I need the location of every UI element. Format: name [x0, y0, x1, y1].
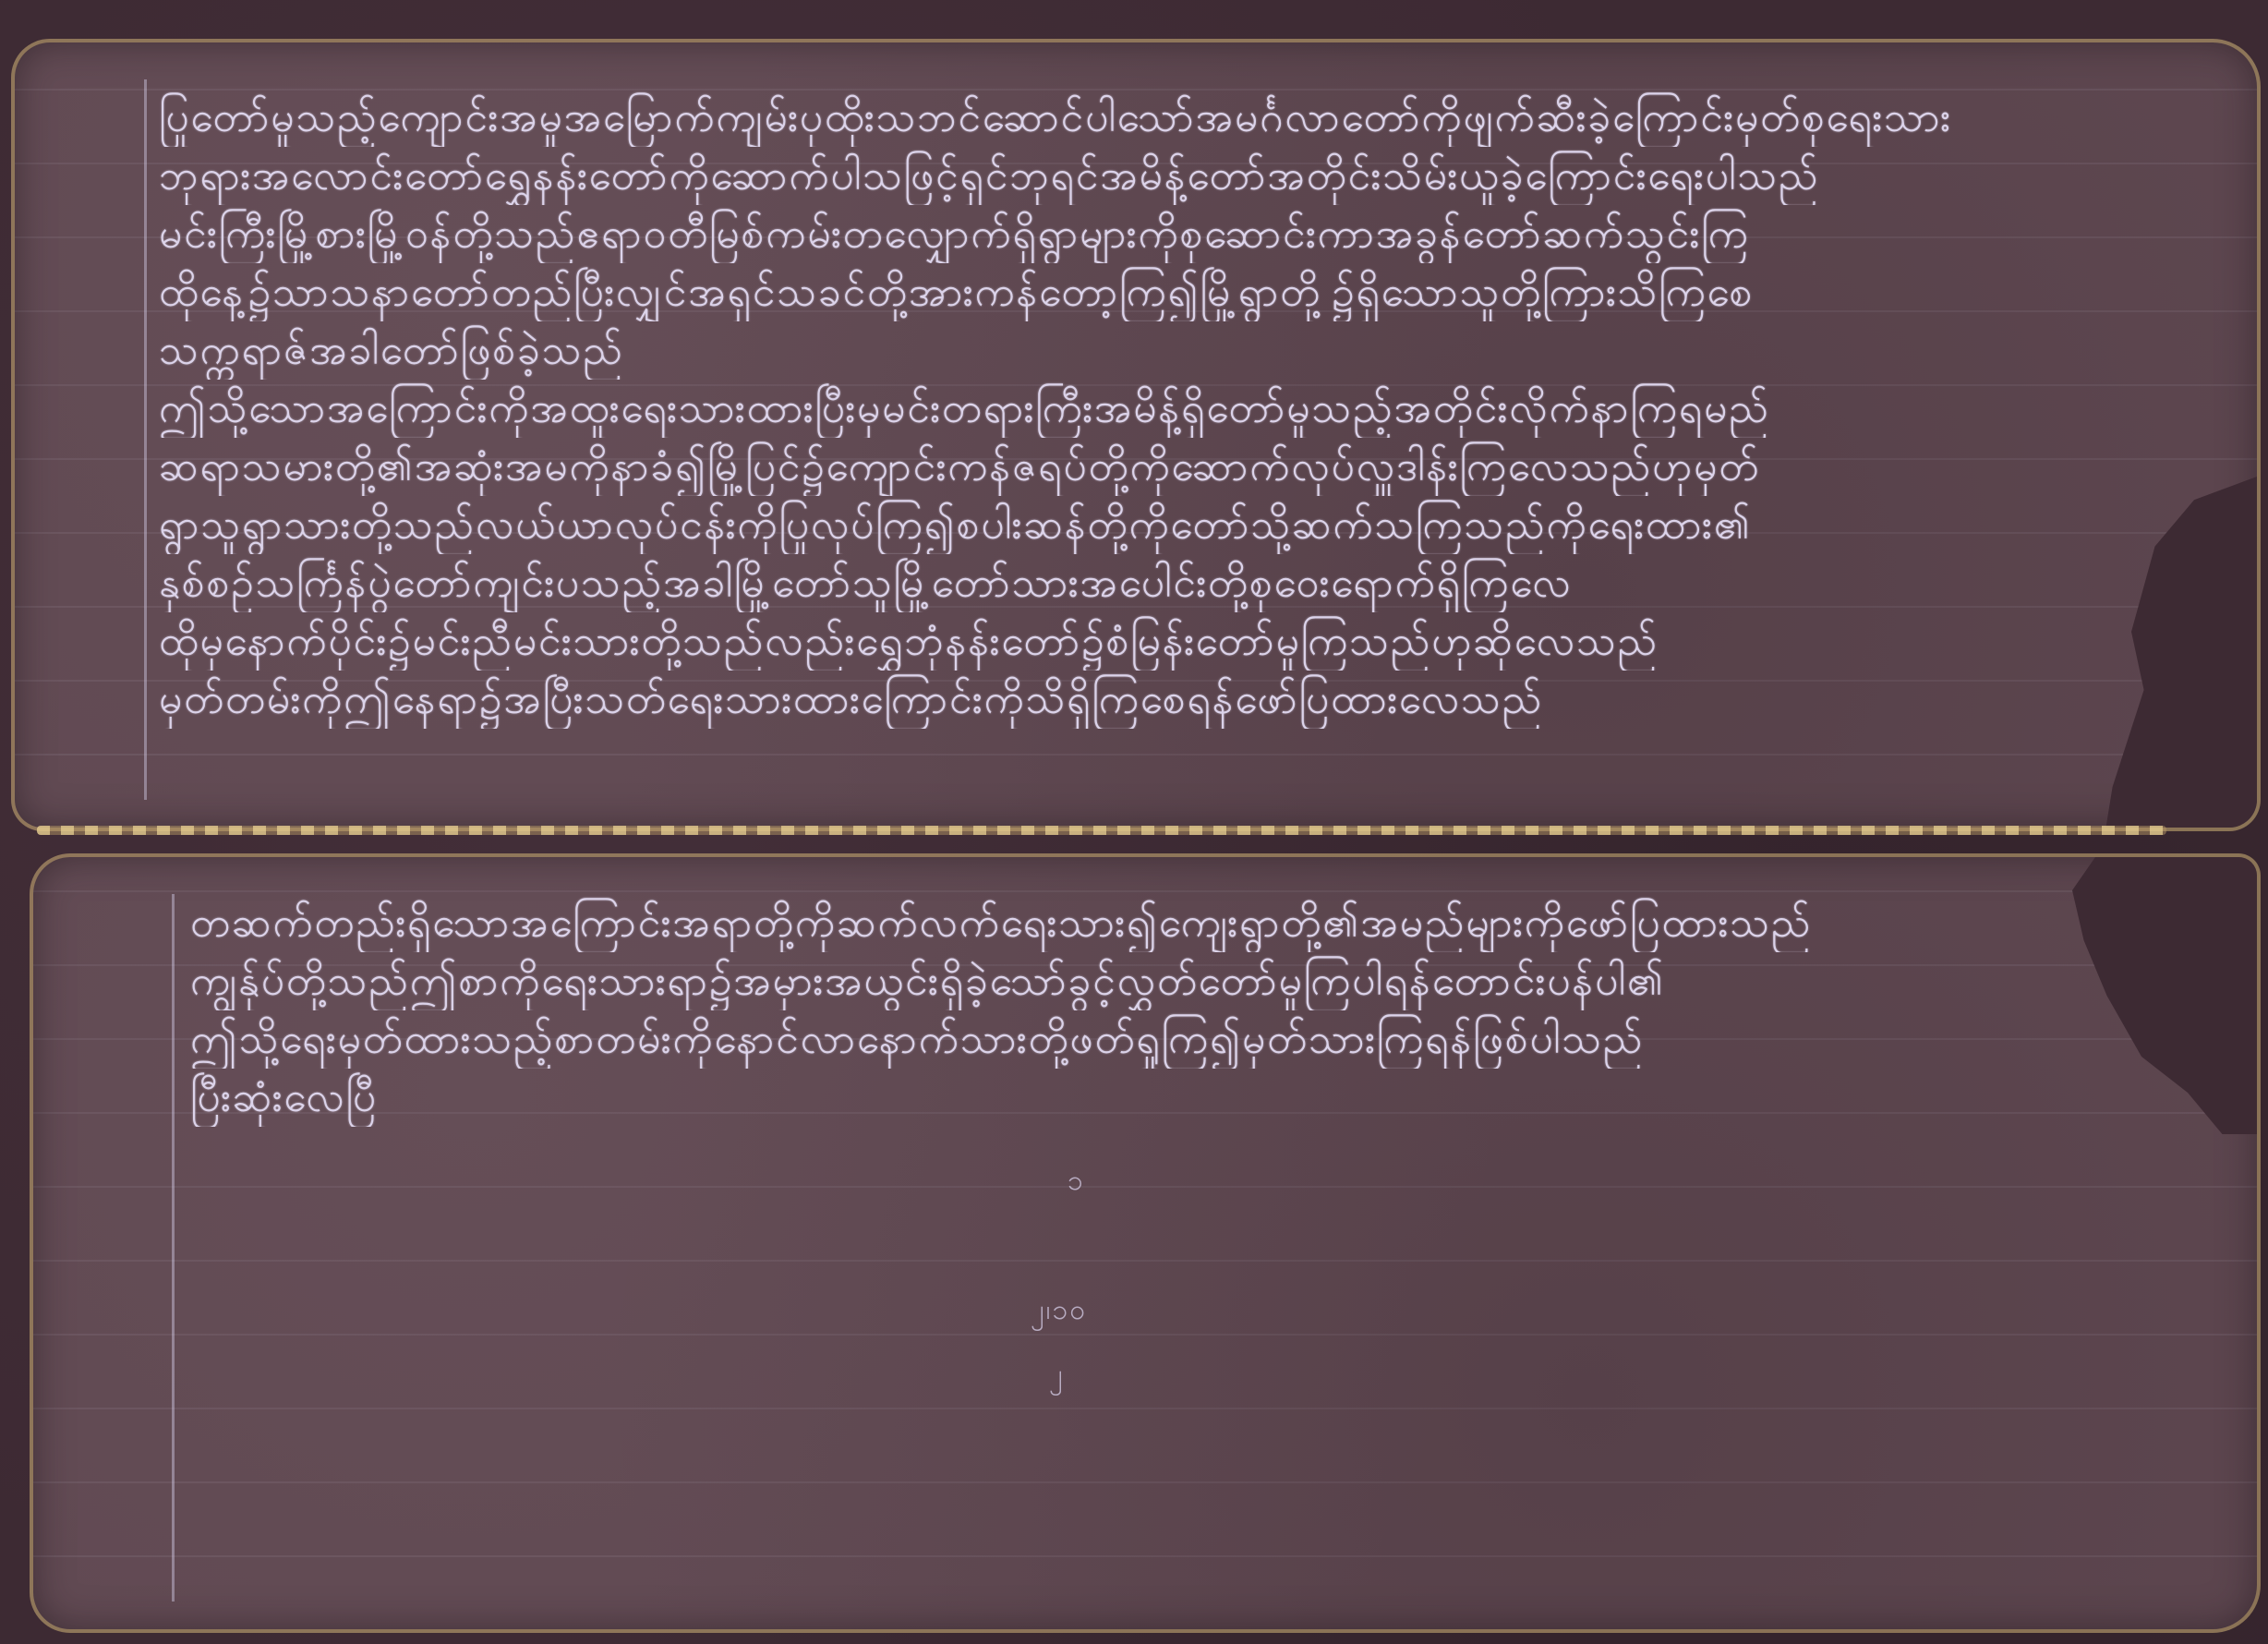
text-line: မင်းကြီးမြို့စားမြို့ဝန်တို့သည်ဧရာဝတီမြစ…	[159, 205, 2202, 263]
text-line: ဘုရားအလောင်းတော်ရွှေနန်းတော်ကိုဆောက်ပါသဖ…	[159, 147, 2202, 205]
fold-seam	[37, 826, 2166, 835]
text-line: ထိုနေ့၌သာသနာတော်တည်ပြီးလျှင်အရှင်သခင်တို…	[159, 263, 2202, 321]
text-line: ဆရာသမားတို့၏အဆုံးအမကိုနာခံ၍မြို့ပြင်၌ကျေ…	[159, 438, 2202, 496]
text-line: ကျွန်ုပ်တို့သည်ဤစာကိုရေးသားရာ၌အမှားအယွင်…	[190, 952, 2202, 1010]
margin-rule	[144, 79, 147, 800]
marginal-numeral: ၂၊၁၀	[1031, 1291, 1087, 1333]
text-block-bottom: တဆက်တည်းရှိသောအကြောင်းအရာတို့ကိုဆက်လက်ရေ…	[190, 894, 2202, 1127]
text-line: ဤသို့သောအကြောင်းကိုအထူးရေးသားထားပြီးမှမင…	[159, 380, 2202, 438]
text-line: ရွာသူရွာသားတို့သည်လယ်ယာလုပ်ငန်းကိုပြုလုပ…	[159, 496, 2202, 554]
marginal-numeral: ၂	[1049, 1356, 1065, 1397]
text-line: ဤသို့ရေးမှတ်ထားသည့်စာတမ်းကိုနောင်လာနောက်…	[190, 1010, 2202, 1069]
text-block-top: ပြုတော်မူသည့်ကျောင်းအမှုအမြောက်ကျမ်းပုထိ…	[159, 89, 2202, 729]
text-line: တဆက်တည်းရှိသောအကြောင်းအရာတို့ကိုဆက်လက်ရေ…	[190, 894, 2202, 952]
text-line: မှတ်တမ်းကိုဤနေရာ၌အပြီးသတ်ရေးသားထားကြောင်…	[159, 671, 2202, 729]
manuscript-folio-top: ပြုတော်မူသည့်ကျောင်းအမှုအမြောက်ကျမ်းပုထိ…	[15, 42, 2257, 828]
text-line: ထိုမှနောက်ပိုင်း၌မင်းညီမင်းသားတို့သည်လည်…	[159, 612, 2202, 671]
margin-rule	[172, 894, 175, 1602]
text-line: သက္ကရာဇ်အခါတော်ဖြစ်ခဲ့သည်	[159, 321, 2202, 380]
text-line: နှစ်စဉ်သင်္ကြန်ပွဲတော်ကျင်းပသည့်အခါမြို့…	[159, 554, 2202, 612]
manuscript-folio-bottom: တဆက်တည်းရှိသောအကြောင်းအရာတို့ကိုဆက်လက်ရေ…	[33, 857, 2257, 1629]
marginal-numeral: ၁	[1068, 1162, 1085, 1203]
text-line: ပြုတော်မူသည့်ကျောင်းအမှုအမြောက်ကျမ်းပုထိ…	[159, 89, 2202, 147]
text-line: ပြီးဆုံးလေပြီ	[190, 1069, 1021, 1127]
